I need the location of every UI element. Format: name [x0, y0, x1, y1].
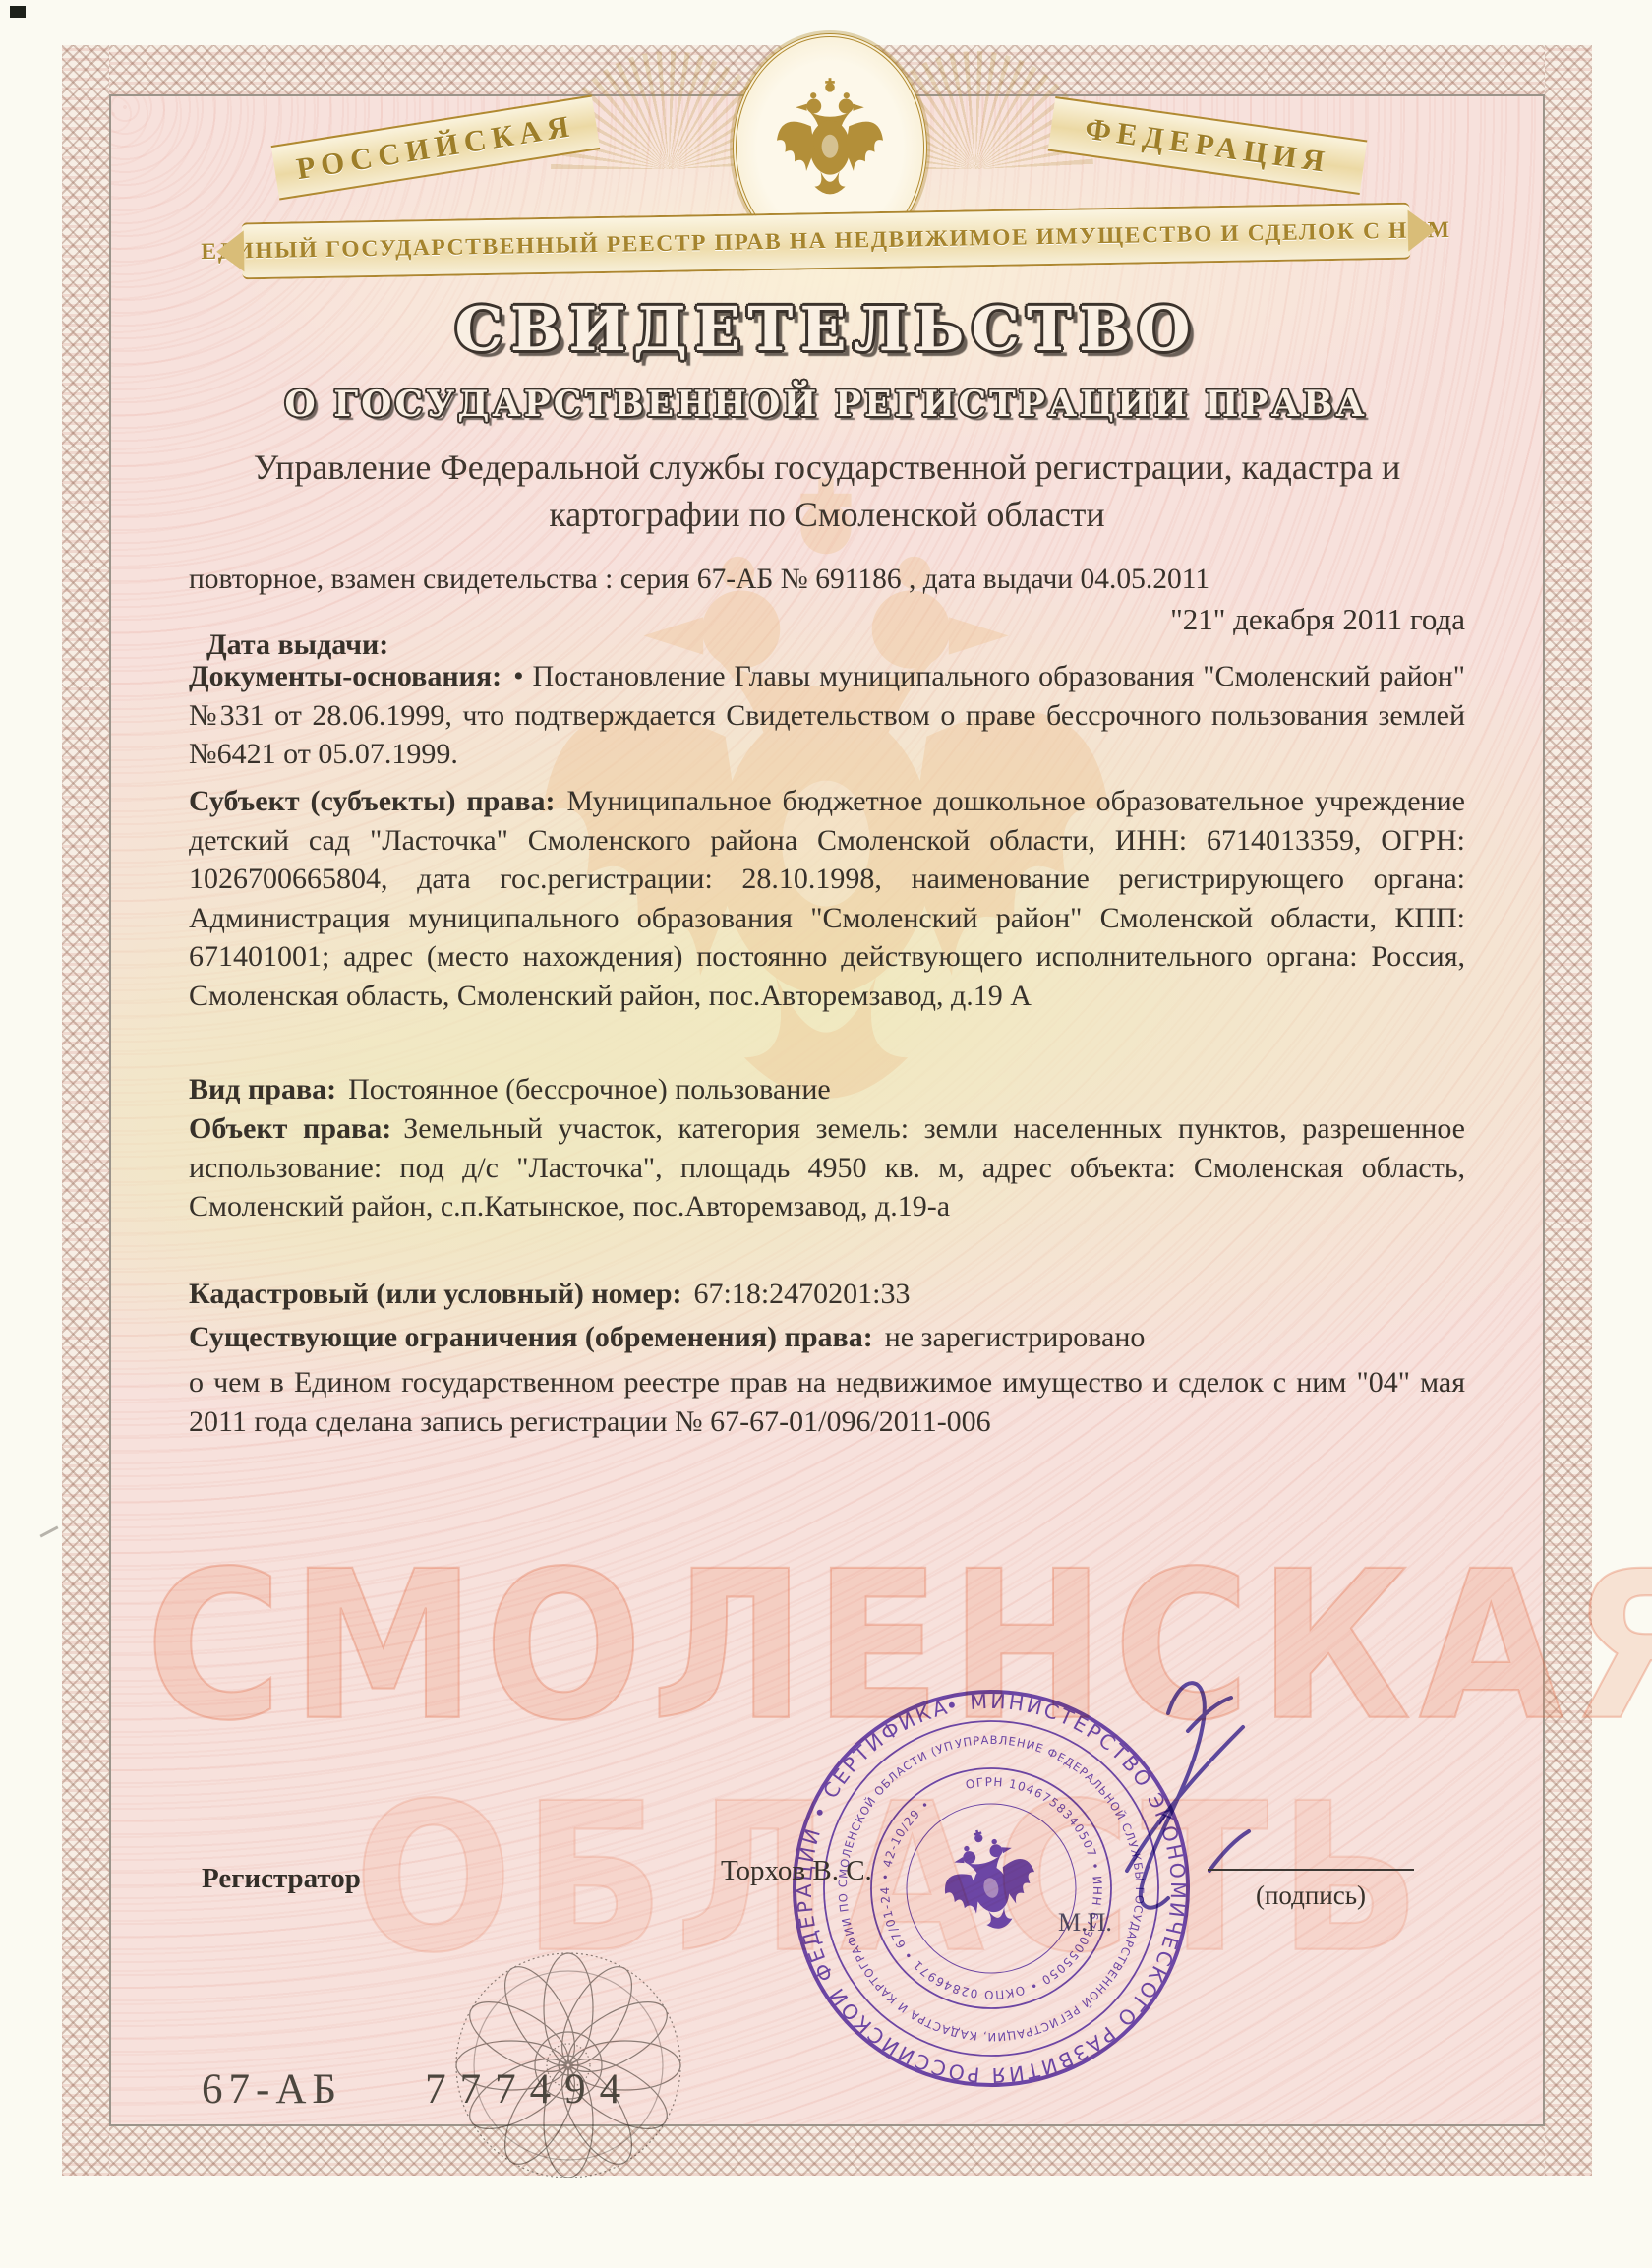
blank-serial: 67-АБ777494: [202, 2065, 634, 2114]
type-of-right-label: Вид права:: [189, 1073, 336, 1105]
object-label: Объект права:: [189, 1112, 391, 1145]
border-band-bottom: [62, 2126, 1592, 2176]
serial-number: 777494: [425, 2066, 634, 2113]
signature-line: [1208, 1869, 1414, 1871]
object-of-right: Объект права:Земельный участок, категори…: [189, 1109, 1465, 1226]
cadastral-value: 67:18:2470201:33: [694, 1278, 911, 1310]
cadastral-label: Кадастровый (или условный) номер:: [189, 1278, 682, 1310]
encumbrances-label: Существующие ограничения (обременения) п…: [189, 1321, 873, 1353]
subject-of-right: Субъект (субъекты) права:Муниципальное б…: [189, 782, 1465, 1016]
registry-ribbon-text: ЕДИНЫЙ ГОСУДАРСТВЕННЫЙ РЕЕСТР ПРАВ НА НЕ…: [201, 216, 1451, 265]
certificate-scan: СМОЛЕНСКАЯ ОБЛАСТЬ РОССИЙСКАЯ ФЕДЕРАЦИЯ …: [0, 0, 1652, 2268]
issuing-authority: Управление Федеральной службы государств…: [189, 445, 1465, 538]
signature-caption: (подпись): [1212, 1880, 1409, 1911]
subject-text: Муниципальное бюджетное дошкольное образ…: [189, 785, 1465, 1012]
scan-registration-mark: [10, 6, 26, 18]
encumbrances-value: не зарегистрировано: [885, 1321, 1146, 1353]
pencil-mark: [39, 1525, 58, 1537]
stamp-eagle-icon: [932, 1820, 1046, 1940]
registration-record: о чем в Едином государственном реестре п…: [189, 1363, 1465, 1441]
cadastral-number: Кадастровый (или условный) номер:67:18:2…: [189, 1275, 1465, 1314]
registrar-label: Регистратор: [202, 1863, 361, 1895]
registrar-name: Торхов В. С.: [721, 1855, 872, 1887]
document-subtitle: О ГОСУДАРСТВЕННОЙ РЕГИСТРАЦИИ ПРАВА: [0, 384, 1652, 425]
duplicate-note: повторное, взамен свидетельства : серия …: [189, 561, 1465, 599]
double-eagle-icon: [771, 74, 889, 221]
encumbrances: Существующие ограничения (обременения) п…: [189, 1318, 1465, 1357]
basis-documents: Документы-основания:• Постановление Глав…: [189, 657, 1465, 774]
serial-series: 67-АБ: [202, 2066, 342, 2113]
basis-label: Документы-основания:: [189, 660, 501, 692]
subject-label: Субъект (субъекты) права:: [189, 785, 556, 817]
type-of-right-value: Постоянное (бессрочное) пользование: [348, 1073, 831, 1105]
seal-place-mark: М.П.: [1058, 1908, 1112, 1938]
type-of-right: Вид права:Постоянное (бессрочное) пользо…: [189, 1070, 1465, 1109]
document-title: СВИДЕТЕЛЬСТВО: [0, 293, 1652, 365]
